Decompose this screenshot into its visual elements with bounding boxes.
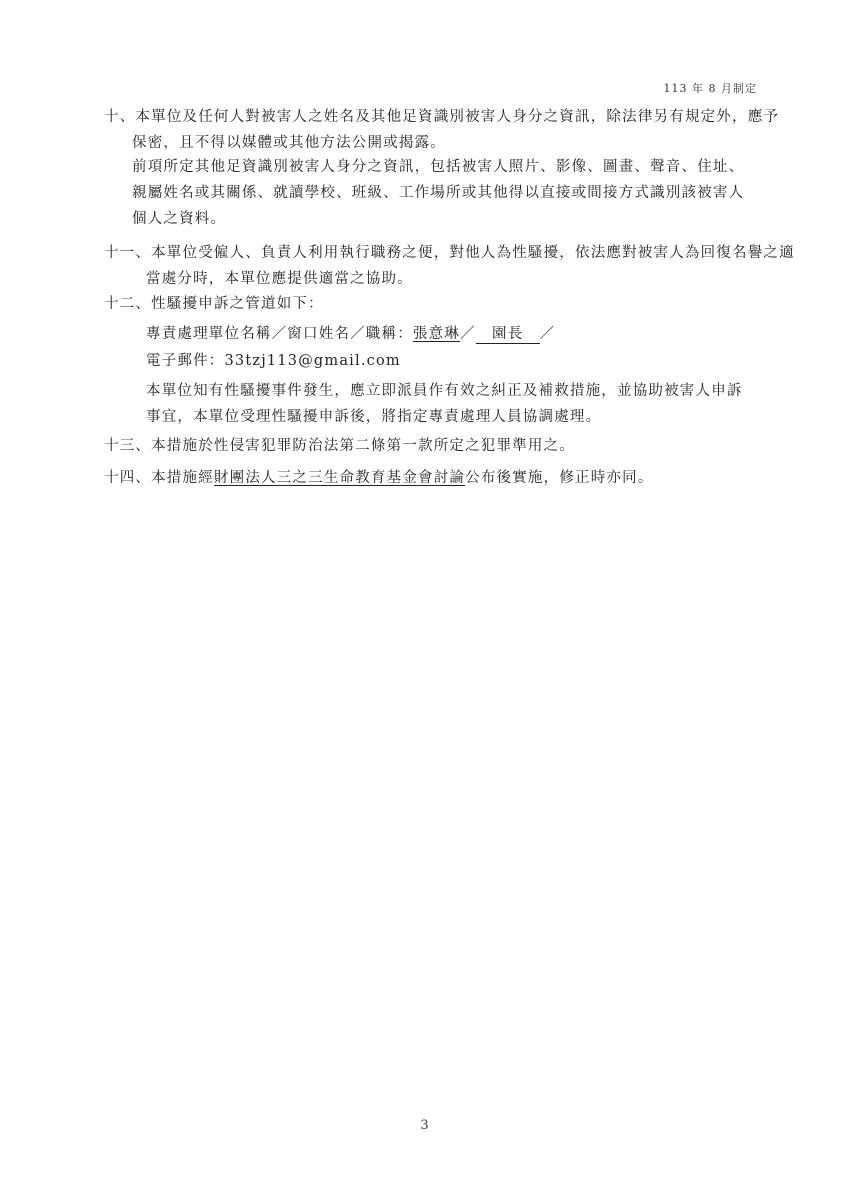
email-line: 電子郵件：33tzj113@gmail.com: [146, 348, 746, 374]
clause-number: 十、: [104, 109, 135, 125]
document-page: 113 年 8 月制定 十、本單位及任何人對被害人之姓名及其他足資識別被害人身分…: [0, 0, 849, 1200]
clause-14: 十四、本措施經財團法人三之三生命教育基金會討論公布後實施，修正時亦同。: [104, 465, 754, 491]
clause-text: 本單位受僱人、負責人利用執行職務之便，對他人為性騷擾，依法應對被害人為回復名譽之…: [146, 245, 795, 287]
clause-text: 本單位及任何人對被害人之姓名及其他足資識別被害人身分之資訊，除法律另有規定外，應…: [132, 109, 779, 151]
clause-text: 本措施於性侵害犯罪防治法第二條第一款所定之犯罪準用之。: [151, 438, 575, 454]
clause-prefix: 本措施經: [151, 470, 214, 486]
paragraph-text: 本單位知有性騷擾事件發生，應立即派員作有效之糾正及補救措施，並協助被害人申訴事宜…: [146, 378, 752, 430]
clause-number: 十一、: [104, 245, 151, 261]
clause-10: 十、本單位及任何人對被害人之姓名及其他足資識別被害人身分之資訊，除法律另有規定外…: [104, 104, 782, 156]
contact-name: 張意琳: [413, 326, 460, 342]
clause-number: 十三、: [104, 438, 151, 454]
email-label: 電子郵件：: [146, 353, 225, 369]
contact-label: 專責處理單位名稱／窗口姓名／職稱：: [146, 326, 413, 342]
clause-number: 十二、: [104, 296, 151, 312]
clause-13: 十三、本措施於性侵害犯罪防治法第二條第一款所定之犯罪準用之。: [104, 433, 754, 459]
separator: ／: [540, 326, 556, 342]
clause-text: 性騷擾申訴之管道如下：: [151, 296, 324, 312]
email-address[interactable]: 33tzj113@gmail.com: [225, 353, 401, 369]
contact-title: 園長: [476, 325, 540, 344]
organization-name: 財團法人三之三生命教育基金會討論: [214, 470, 465, 486]
separator: ／: [460, 326, 476, 342]
contact-line: 專責處理單位名稱／窗口姓名／職稱：張意琳／園長／: [146, 321, 746, 347]
clause-suffix: 公布後實施，修正時亦同。: [465, 470, 653, 486]
clause-11: 十一、本單位受僱人、負責人利用執行職務之便，對他人為性騷擾，依法應對被害人為回復…: [104, 240, 796, 292]
page-number: 3: [0, 1118, 849, 1133]
clause-12-paragraph: 本單位知有性騷擾事件發生，應立即派員作有效之糾正及補救措施，並協助被害人申訴事宜…: [146, 378, 752, 430]
clause-number: 十四、: [104, 470, 151, 486]
revision-date: 113 年 8 月制定: [664, 80, 757, 96]
clause-12: 十二、性騷擾申訴之管道如下：: [104, 291, 754, 317]
clause-10-paragraph-2: 前項所定其他足資識別被害人身分之資訊，包括被害人照片、影像、圖畫、聲音、住址、親…: [132, 154, 752, 232]
